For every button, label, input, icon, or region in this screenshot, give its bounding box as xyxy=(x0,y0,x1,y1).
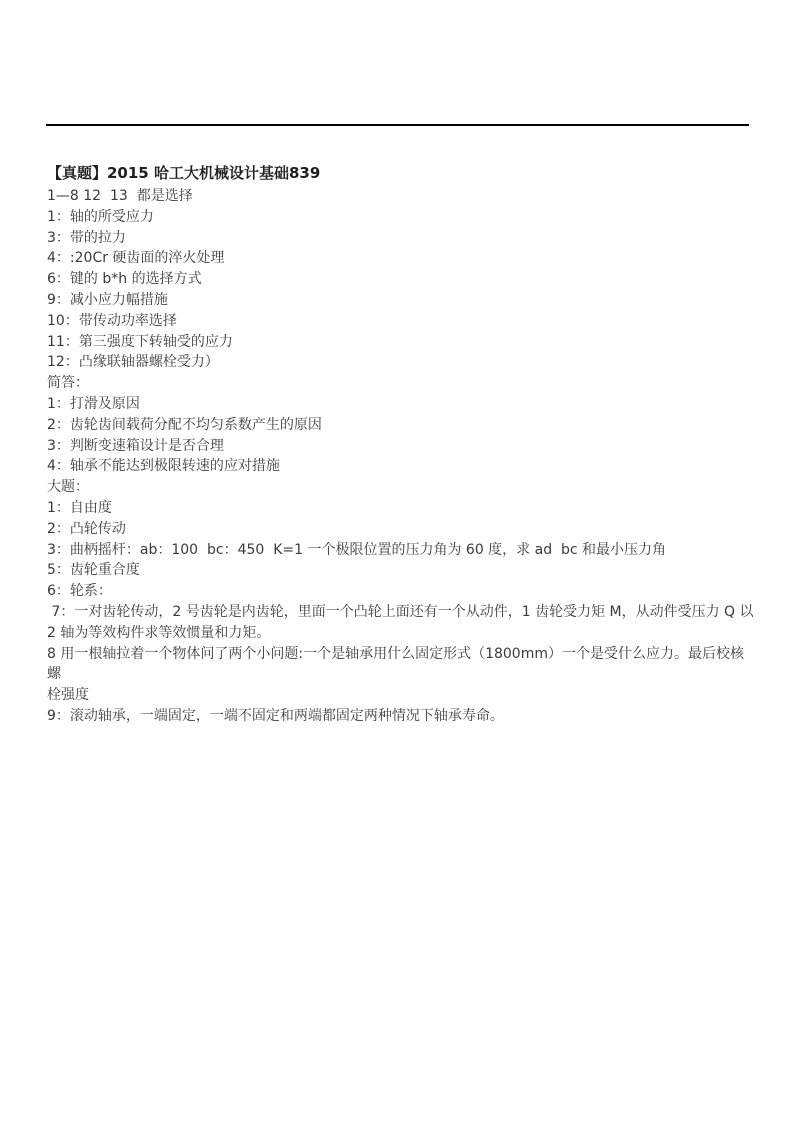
text-line: 7：一对齿轮传动，2 号齿轮是内齿轮，里面一个凸轮上面还有一个从动件，1 齿轮受… xyxy=(47,602,755,623)
section-heading-short-answer: 简答： xyxy=(47,373,755,394)
section-heading-big-questions: 大题： xyxy=(47,477,755,498)
text-line: 4：轴承不能达到极限转速的应对措施 xyxy=(47,456,755,477)
text-line: 6：键的 b*h 的选择方式 xyxy=(47,269,755,290)
document-body: 【真题】2015 哈工大机械设计基础839 1—8 12 13 都是选择 1：轴… xyxy=(47,160,755,727)
header-divider xyxy=(46,124,749,126)
text-line: 3：曲柄摇杆：ab：100 bc：450 K=1 一个极限位置的压力角为 60 … xyxy=(47,540,755,561)
text-line: 12：凸缘联轴器螺栓受力） xyxy=(47,352,755,373)
text-line: 9：减小应力幅措施 xyxy=(47,290,755,311)
text-line: 9：滚动轴承，一端固定，一端不固定和两端都固定两种情况下轴承寿命。 xyxy=(47,706,755,727)
text-line: 4：:20Cr 硬齿面的淬火处理 xyxy=(47,248,755,269)
text-line: 2：齿轮齿间载荷分配不均匀系数产生的原因 xyxy=(47,415,755,436)
text-line: 2：凸轮传动 xyxy=(47,519,755,540)
text-line: 11：第三强度下转轴受的应力 xyxy=(47,332,755,353)
text-line: 栓强度 xyxy=(47,685,755,706)
text-line: 1：打滑及原因 xyxy=(47,394,755,415)
text-line: 2 轴为等效构件求等效惯量和力矩。 xyxy=(47,623,755,644)
text-line: 10：带传动功率选择 xyxy=(47,311,755,332)
page-title: 【真题】2015 哈工大机械设计基础839 xyxy=(47,160,755,186)
text-line: 3：带的拉力 xyxy=(47,228,755,249)
text-line-question-range: 1—8 12 13 都是选择 xyxy=(47,186,755,207)
text-line: 5：齿轮重合度 xyxy=(47,560,755,581)
text-line: 6：轮系： xyxy=(47,581,755,602)
text-line: 1：自由度 xyxy=(47,498,755,519)
text-line: 8 用一根轴拉着一个物体问了两个小问题:一个是轴承用什么固定形式（1800mm）… xyxy=(47,644,755,686)
text-line: 3：判断变速箱设计是否合理 xyxy=(47,436,755,457)
text-line: 1：轴的所受应力 xyxy=(47,207,755,228)
